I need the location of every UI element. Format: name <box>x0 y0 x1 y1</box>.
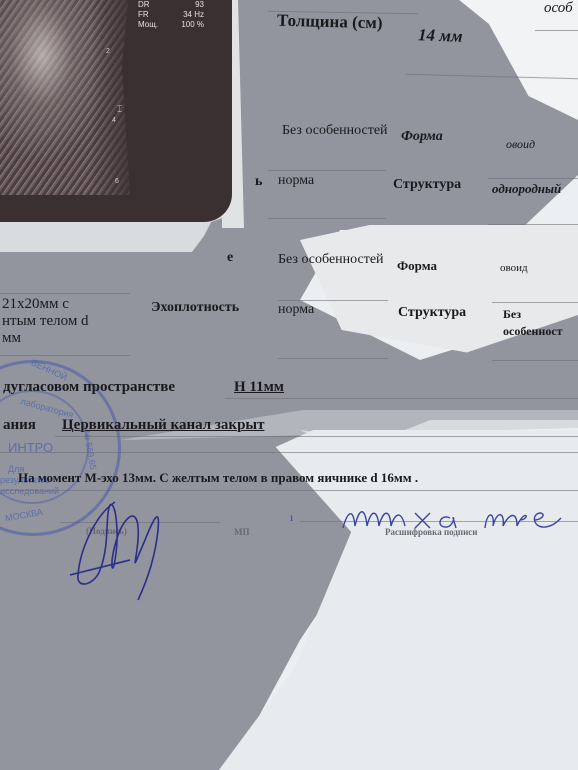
cut-off-text: особ <box>544 0 573 17</box>
form-rule <box>405 74 578 80</box>
document-paper: DR 93 FR 34 Hz Мощ. 100 % 2 4 6 ⌶ Толщин… <box>0 0 578 770</box>
focus-marker-icon: ⌶ <box>117 104 122 115</box>
left-ovary-shape-label: Форма <box>397 258 437 274</box>
thickness-label: Толщина (см) <box>277 11 383 34</box>
left-ovary-size-value: 21х20мм с нтым телом d мм <box>2 296 89 347</box>
right-ovary-contour-value: Без особенностей <box>282 122 392 139</box>
stamp-caption: МП <box>234 527 250 537</box>
depth-tick: 6 <box>115 178 119 185</box>
form-rule <box>0 293 130 294</box>
thickness-value: 14 мм <box>418 25 463 47</box>
form-rule <box>535 30 578 31</box>
depth-tick: 4 <box>112 117 116 124</box>
form-rule <box>225 398 578 399</box>
cervical-canal-value: Цервикальный канал закрыт <box>62 417 265 434</box>
conclusion-text: На момент М-эхо 13мм. С желтым телом в п… <box>18 470 418 486</box>
ultrasound-image: DR 93 FR 34 Hz Мощ. 100 % 2 4 6 ⌶ <box>0 0 232 222</box>
form-rule <box>55 436 578 437</box>
form-rule <box>278 358 388 359</box>
left-ovary-echo-value: норма <box>278 302 314 318</box>
left-ovary-shape-value: овоид <box>500 262 528 274</box>
form-rule <box>0 355 130 356</box>
form-rule <box>268 170 386 171</box>
handwritten-name <box>335 498 575 533</box>
cut-off-label: ь <box>255 174 262 190</box>
form-rule <box>492 360 578 361</box>
left-ovary-structure-label: Структура <box>398 305 466 321</box>
light-area <box>380 0 578 120</box>
cut-off-label: е <box>227 250 233 266</box>
form-rule <box>488 224 578 225</box>
cut-off-label: ания <box>3 417 36 434</box>
form-rule <box>268 218 386 219</box>
right-ovary-structure-value: однородный <box>492 181 561 197</box>
left-ovary-contour-value: Без особенностей <box>278 251 388 268</box>
depth-tick: 2 <box>106 48 110 55</box>
form-rule <box>492 302 578 303</box>
douglas-space-value: Н 11мм <box>234 379 284 396</box>
right-ovary-echo-value: норма <box>278 173 314 189</box>
right-ovary-shape-value: овоид <box>506 137 535 152</box>
left-ovary-echo-label: Эхоплотность <box>151 300 239 316</box>
douglas-space-label: дугласовом пространстве <box>3 379 175 396</box>
param-row: FR 34 Hz <box>138 10 204 20</box>
right-ovary-shape-label: Форма <box>401 129 443 145</box>
left-ovary-structure-value: Без особенност <box>503 306 563 340</box>
right-ovary-structure-label: Структура <box>393 177 461 193</box>
ultrasound-parameters: DR 93 FR 34 Hz Мощ. 100 % <box>138 0 204 30</box>
pen-mark: ı <box>290 510 293 525</box>
param-row: Мощ. 100 % <box>138 20 204 30</box>
form-rule <box>278 300 388 301</box>
form-rule <box>488 178 578 179</box>
handwritten-signature <box>60 490 190 600</box>
param-row: DR 93 <box>138 0 204 10</box>
